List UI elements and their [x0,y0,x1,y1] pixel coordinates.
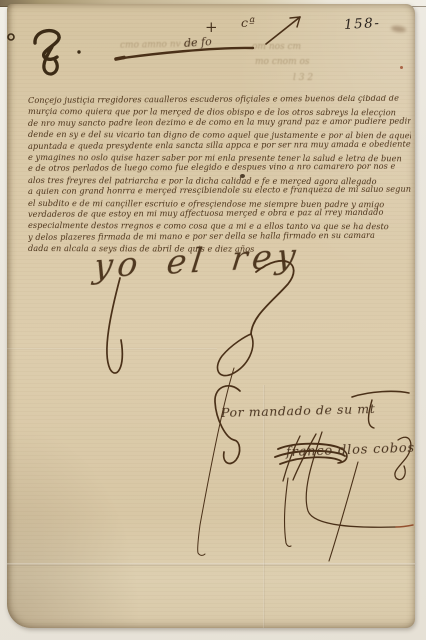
c-abbreviation-mark: cª [241,15,256,30]
red-speck [400,66,403,69]
fold-crease-vertical [263,385,265,628]
docket-word: de fo [184,35,213,50]
letter-body: Conçejo justiçia rregidores caualleros e… [28,95,411,255]
fold-crease-horizontal [7,563,415,566]
bleedthrough-text: mo cnom os [255,57,310,67]
manuscript-line: apuntada e queda presydente enla sancta … [28,138,411,152]
bleedthrough-text: l 3 2 [293,73,313,83]
manuscript-line: e de otros perlados de luego como fue el… [28,161,411,175]
manuscript-line: a quien con grand honrra e merçed rresçi… [28,184,411,198]
manuscript-line: verdaderos de que estoy en mi muy affect… [28,207,411,221]
manuscript-line: Conçejo justiçia rregidores caualleros e… [28,95,411,106]
manuscript-scan: cmo amno nv am om nos cm mo cnom os l 3 … [0,0,426,640]
cross-mark: + [205,18,218,36]
folio-number: 158- [344,15,381,33]
fold-crease-faint [7,348,217,350]
manuscript-line: de nro muy sancto padre leon dezimo e de… [28,115,411,129]
bleedthrough-text: om nos cm [252,42,301,52]
